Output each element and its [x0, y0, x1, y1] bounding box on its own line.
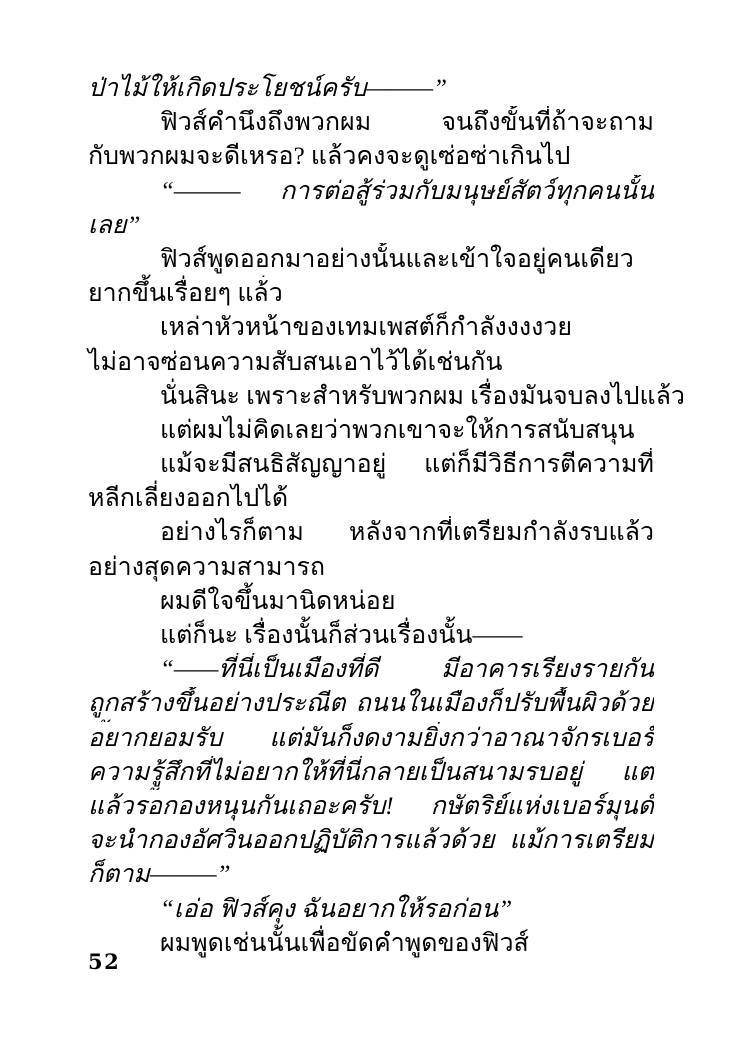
text-line: แต่ก็นะ เรื่องนั้นก็ส่วนเรื่องนั้น——: [88, 619, 654, 653]
text-line: แต่ผมไม่คิดเลยว่าพวกเขาจะให้การสนับสนุน: [88, 414, 654, 448]
text-line: อย่างสุดความสามารถ: [88, 551, 654, 585]
text-line: หลีกเลี่ยงออกไปได้: [88, 482, 654, 516]
text-line: “——— การต่อสู้ร่วมกับมนุษย์สัตว์ทุกคนนั้…: [88, 175, 654, 209]
page-number: 52: [88, 949, 120, 974]
book-page: ป่าไม้ให้เกิดประโยชน์ครับ———”ฟิวส์คำนึงถ…: [0, 0, 738, 1051]
text-line: ไม่อาจซ่อนความสับสนเอาไว้ได้เช่นกัน: [88, 346, 654, 380]
text-line: จะนำกองอัศวินออกปฏิบัติการแล้วด้วย แม้กา…: [88, 824, 654, 858]
text-line: ป่าไม้ให้เกิดประโยชน์ครับ———”: [88, 72, 654, 106]
text-line: ก็ตาม———”: [88, 858, 654, 892]
text-line: ผมพูดเช่นนั้นเพื่อขัดคำพูดของฟิวส์: [88, 927, 654, 961]
text-line: ผมดีใจขึ้นมานิดหน่อย: [88, 585, 654, 619]
text-line: “เอ่อ ฟิวส์คุง ฉันอยากให้รอก่อน”: [88, 893, 654, 927]
text-line: อย่างไรก็ตาม หลังจากที่เตรียมกำลังรบแล้ว…: [88, 516, 654, 550]
text-line: นั่นสินะ เพราะสำหรับพวกผม เรื่องมันจบลงไ…: [88, 380, 654, 414]
text-line: เลย”: [88, 209, 654, 243]
text-line: กับพวกผมจะดีเหรอ? แล้วคงจะดูเซ่อซ่าเกินไ…: [88, 140, 654, 174]
text-line: ยากขึ้นเรื่อยๆ แล้ว: [88, 277, 654, 311]
text-line: แล้วรอกองหนุนกันเถอะครับ! กษัตริย์แห่งเบ…: [88, 790, 654, 824]
text-line: ฟิวส์คำนึงถึงพวกผม จนถึงขั้นที่ถ้าจะถามท…: [88, 106, 654, 140]
text-line: ความรู้สึกที่ไม่อยากให้ที่นี่กลายเป็นสนา…: [88, 756, 654, 790]
text-line: “——ที่นี่เป็นเมืองที่ดี มีอาคารเรียงรายก…: [88, 653, 654, 687]
text-line: ฟิวส์พูดออกมาอย่างนั้นและเข้าใจอยู่คนเดี…: [88, 243, 654, 277]
text-line: เหล่าหัวหน้าของเทมเพสต์ก็กำลังงงงวย สามท…: [88, 311, 654, 345]
text-line: ถูกสร้างขึ้นอย่างประณีต ถนนในเมืองก็ปรับ…: [88, 687, 654, 721]
page-text-block: ป่าไม้ให้เกิดประโยชน์ครับ———”ฟิวส์คำนึงถ…: [88, 72, 654, 961]
text-line: แม้จะมีสนธิสัญญาอยู่ แต่ก็มีวิธีการตีควา…: [88, 448, 654, 482]
text-line: อยากยอมรับ แต่มันก็งดงามยิ่งกว่าอาณาจักร…: [88, 722, 654, 756]
